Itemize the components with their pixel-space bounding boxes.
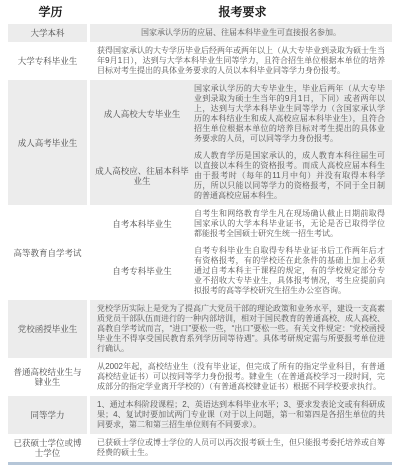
subrow-self-study-bachelor: 自考本科毕业生 自考生和网络教育学生凡在现场确认截止日期前取得国家承认的大学本科… (90, 209, 392, 239)
subrow-label: 自考本科毕业生 (90, 209, 194, 239)
row-requirement-text: 1、通过本科阶段课程；2、英语达到本科毕业水平；3、要求发表论文或有科研成果；4… (90, 396, 392, 434)
exam-requirements-page: 学历 报考要求 大学本科 国家承认学历的应届、往届本科毕业生可直接报名参加。 大… (0, 0, 400, 465)
table-row-party-school: 党校函授毕业生 党校学历实际上是党为了提高广大党员干部的理论政策和业务水平，建设… (8, 300, 392, 358)
subrow-adult-college: 成人高校大专毕业生 国家承认学历的大专毕业生，毕业后两年（从大专毕业到录取为硕士… (90, 84, 392, 144)
table-row-junior-college: 大学专科毕业生 获得国家承认的大专学历毕业后经两年或两年以上（从大专毕业到录取为… (8, 42, 392, 80)
table-row-university-bachelor: 大学本科 国家承认学历的应届、往届本科毕业生可直接报名参加。 (8, 24, 392, 42)
row-category: 普通高校结业生与肄业生 (8, 358, 90, 396)
subrow-requirement-text: 自考生和网络教育学生凡在现场确认截止日期前取得国家承认的大学本科毕业证书，无论是… (194, 209, 392, 239)
row-category: 党校函授毕业生 (8, 300, 90, 358)
header-requirements: 报考要求 (93, 3, 392, 20)
subrow-group: 成人高校大专毕业生 国家承认学历的大专毕业生，毕业后两年（从大专毕业到录取为硕士… (90, 80, 392, 205)
row-category: 成人高考毕业生 (8, 80, 90, 205)
subrow-label: 自考专科毕业生 (90, 246, 194, 296)
table-row-adult-exam-graduates: 成人高考毕业生 成人高校大专毕业生 国家承认学历的大专毕业生，毕业后两年（从大专… (8, 80, 392, 205)
subrow-adult-bachelor: 成人高校应、往届本科毕业生 成人教育学历是国家承认的，成人教育本科往届生可以直接… (90, 151, 392, 201)
row-requirement-text: 从2002年起，高校结业生（没有毕业证，但完成了所有的指定学业科目，有普通高校结… (90, 358, 392, 396)
subrow-group: 自考本科毕业生 自考生和网络教育学生凡在现场确认截止日期前取得国家承认的大学本科… (90, 205, 392, 300)
table-row-equivalent-ability: 同等学力 1、通过本科阶段课程；2、英语达到本科毕业水平；3、要求发表论文或有科… (8, 396, 392, 434)
row-requirement-text: 国家承认学历的应届、往届本科毕业生可直接报名参加。 (90, 24, 392, 42)
row-requirement-text: 获得国家承认的大专学历毕业后经两年或两年以上（从大专毕业到录取为硕士生当年9月1… (90, 42, 392, 80)
header-education: 学历 (8, 3, 93, 20)
subrow-label: 成人高校应、往届本科毕业生 (90, 151, 194, 201)
table-row-self-study-exam: 高等教育自学考试 自考本科毕业生 自考生和网络教育学生凡在现场确认截止日期前取得… (8, 205, 392, 300)
subrow-requirement-text: 国家承认学历的大专毕业生，毕业后两年（从大专毕业到录取为硕士生当年的9月1日，下… (194, 84, 392, 144)
row-category: 大学本科 (8, 24, 90, 42)
table-row-completion-dropout: 普通高校结业生与肄业生 从2002年起，高校结业生（没有毕业证，但完成了所有的指… (8, 358, 392, 396)
table-header-row: 学历 报考要求 (8, 0, 392, 24)
row-category: 高等教育自学考试 (8, 205, 90, 300)
row-category: 大学专科毕业生 (8, 42, 90, 80)
subrow-requirement-text: 成人教育学历是国家承认的，成人教育本科往届生可以直接以本科生的资格报考。而成人高… (194, 151, 392, 201)
row-requirement-text: 党校学历实际上是党为了提高广大党员干部的理论政策和业务水平，建设一支高素质党员干… (90, 300, 392, 358)
table-row-masters-doctors: 已获硕士学位或博士学位 已获硕士学位或博士学位的人员可以再次报考硕士生，但只能报… (8, 434, 392, 462)
subrow-self-study-college: 自考专科毕业生 自考专科毕业生自取得专科毕业证书后工作两年后才有资格报考，有的学… (90, 246, 392, 296)
row-category: 同等学力 (8, 396, 90, 434)
subrow-requirement-text: 自考专科毕业生自取得专科毕业证书后工作两年后才有资格报考，有的学校还在此条件的基… (194, 246, 392, 296)
row-requirement-text: 已获硕士学位或博士学位的人员可以再次报考硕士生，但只能报考委托培养或自筹经费的硕… (90, 434, 392, 462)
row-category: 已获硕士学位或博士学位 (8, 434, 90, 462)
education-requirements-table: 学历 报考要求 大学本科 国家承认学历的应届、往届本科毕业生可直接报名参加。 大… (8, 0, 392, 465)
subrow-label: 成人高校大专毕业生 (90, 84, 194, 144)
